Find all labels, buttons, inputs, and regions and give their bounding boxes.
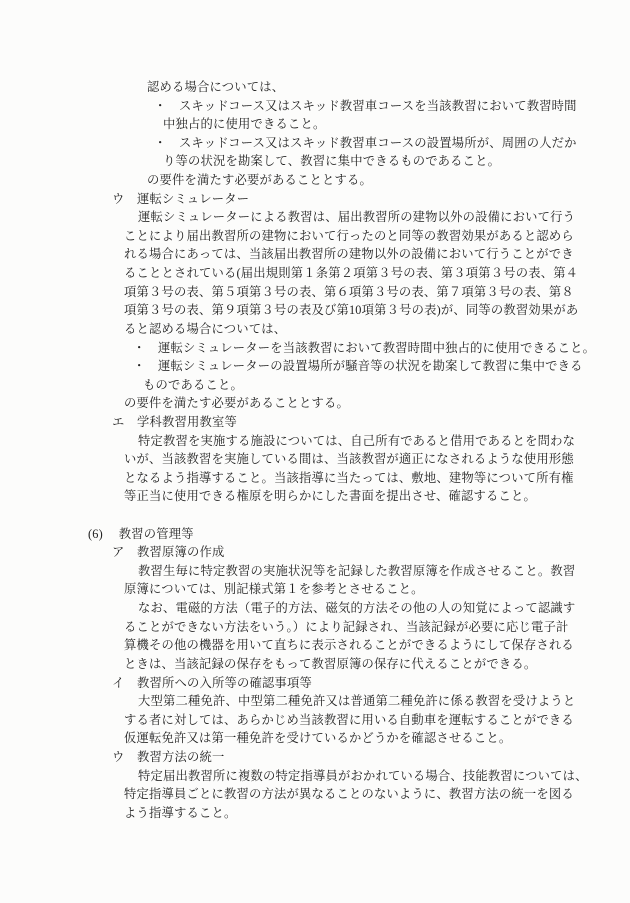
blank-line	[0, 506, 630, 525]
text-line: いが、当該教習を実施している間は、当該教習が適正になされるような使用形態	[0, 450, 630, 469]
text-line: ウ 教習方法の統一	[0, 748, 630, 767]
text-line: 特定届出教習所に複数の特定指導員がおかれている場合、技能教習については、	[0, 767, 630, 786]
text-line: ることができない方法をいう。）により記録され、当該記録が必要に応じ電子計	[0, 618, 630, 637]
text-line: 認める場合については、	[0, 78, 630, 97]
text-line: (6) 教習の管理等	[0, 525, 630, 544]
text-line: ・ スキッドコース又はスキッド教習車コースの設置場所が、周囲の人だか	[0, 134, 630, 153]
text-line: 運転シミュレーターによる教習は、届出教習所の建物以外の設備において行う	[0, 208, 630, 227]
text-line: する者に対しては、あらかじめ当該教習に用いる自動車を運転することができる	[0, 711, 630, 730]
text-line: 項第３号の表、第５項第３号の表、第６項第３号の表、第７項第３号の表、第８	[0, 283, 630, 302]
document-page: 認める場合については、・ スキッドコース又はスキッド教習車コースを当該教習におい…	[0, 0, 630, 903]
text-line: 教習生毎に特定教習の実施状況等を記録した教習原簿を作成させること。教習	[0, 562, 630, 581]
text-line: 項第３号の表、第９項第３号の表及び第10項第３号の表)が、同等の教習効果があ	[0, 301, 630, 320]
text-line: 中独占的に使用できること。	[0, 115, 630, 134]
text-line: ときは、当該記録の保存をもって教習原簿の保存に代えることができる。	[0, 655, 630, 674]
text-line: 算機その他の機器を用いて直ちに表示されることができるようにして保存される	[0, 636, 630, 655]
text-line: れる場合にあっては、当該届出教習所の建物以外の設備において行うことができ	[0, 245, 630, 264]
text-line: なお、電磁的方法（電子的方法、磁気的方法その他の人の知覚によって認識す	[0, 599, 630, 618]
text-line: 大型第二種免許、中型第二種免許又は普通第二種免許に係る教習を受けようと	[0, 692, 630, 711]
text-line: ・ 運転シミュレーターを当該教習において教習時間中独占的に使用できること。	[0, 339, 630, 358]
document-text: 認める場合については、・ スキッドコース又はスキッド教習車コースを当該教習におい…	[0, 0, 630, 822]
text-line: ると認める場合については、	[0, 320, 630, 339]
text-line: ・ スキッドコース又はスキッド教習車コースを当該教習において教習時間	[0, 97, 630, 116]
text-line: の要件を満たす必要があることとする。	[0, 171, 630, 190]
text-line: ウ 運転シミュレーター	[0, 190, 630, 209]
text-line: ・ 運転シミュレーターの設置場所が騒音等の状況を勘案して教習に集中できる	[0, 357, 630, 376]
text-line: となるよう指導すること。当該指導に当たっては、敷地、建物等について所有権	[0, 469, 630, 488]
text-line: イ 教習所への入所等の確認事項等	[0, 674, 630, 693]
text-line: の要件を満たす必要があることとする。	[0, 394, 630, 413]
text-line: 特定教習を実施する施設については、自己所有であると借用であるとを問わな	[0, 432, 630, 451]
text-line: ることとされている(届出規則第１条第２項第３号の表、第３項第３号の表、第４	[0, 264, 630, 283]
text-line: り等の状況を勘案して、教習に集中できるものであること。	[0, 152, 630, 171]
text-line: 等正当に使用できる権原を明らかにした書面を提出させ、確認すること。	[0, 487, 630, 506]
text-line: よう指導すること。	[0, 804, 630, 823]
text-line: 原簿については、別記様式第１を参考とさせること。	[0, 580, 630, 599]
text-line: ものであること。	[0, 376, 630, 395]
text-line: ことにより届出教習所の建物において行ったのと同等の教習効果があると認めら	[0, 227, 630, 246]
text-line: エ 学科教習用教室等	[0, 413, 630, 432]
text-line: 特定指導員ごとに教習の方法が異なることのないように、教習方法の統一を図る	[0, 785, 630, 804]
text-line: 仮運転免許又は第一種免許を受けているかどうかを確認させること。	[0, 729, 630, 748]
text-line: ア 教習原簿の作成	[0, 543, 630, 562]
